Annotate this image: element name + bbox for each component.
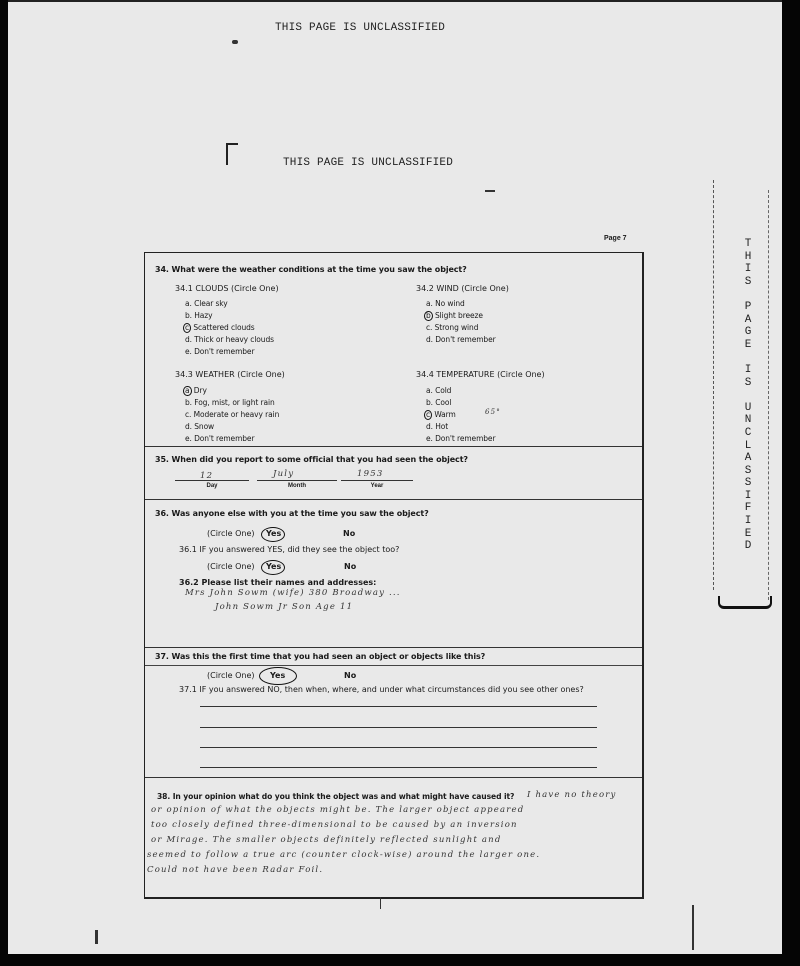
vertical-stamp-letter: L [738, 440, 758, 453]
answer-circle-yes [261, 560, 285, 575]
classification-stamp-secondary: THIS PAGE IS UNCLASSIFIED [283, 157, 453, 169]
page-number: Page 7 [604, 235, 627, 242]
question-36-text: 36. Was anyone else with you at the time… [155, 509, 429, 518]
question-36-1-circle-one: (Circle One) [207, 562, 255, 571]
scan-edge-right [782, 0, 800, 966]
question-36-1-no[interactable]: No [344, 562, 356, 571]
stamp-bracket-right [768, 190, 771, 600]
report-year-value[interactable]: 1953 [357, 469, 383, 479]
clouds-title: 34.1 CLOUDS (Circle One) [175, 284, 279, 293]
temperature-title: 34.4 TEMPERATURE (Circle One) [416, 370, 545, 379]
opinion-answer-line-4[interactable]: or Mirage. The smaller objects definitel… [151, 835, 501, 845]
vertical-stamp-letter: U [738, 402, 758, 415]
vertical-stamp-letter: S [738, 276, 758, 289]
vertical-stamp-letter: I [738, 263, 758, 276]
answer-line-2[interactable] [200, 727, 597, 728]
selection-circle: a [183, 386, 192, 396]
vertical-stamp-letter [738, 288, 758, 301]
answer-line-1[interactable] [200, 706, 597, 707]
vertical-stamp-letter: H [738, 251, 758, 264]
question-37-no[interactable]: No [344, 671, 356, 680]
scan-edge-bottom [0, 954, 800, 966]
scan-speck [485, 190, 495, 192]
scan-edge-left [0, 0, 8, 966]
weather-option-d[interactable]: d. Snow [185, 422, 214, 431]
report-day-line [175, 480, 249, 481]
scan-speck [232, 40, 238, 44]
vertical-stamp-letter: C [738, 427, 758, 440]
weather-option-a-selected[interactable]: a Dry [183, 386, 207, 396]
answer-line-4[interactable] [200, 767, 597, 768]
report-day-label: Day [175, 483, 249, 489]
report-month-label: Month [257, 483, 337, 489]
opinion-answer-line-1[interactable]: I have no theory [527, 790, 617, 800]
wind-option-d[interactable]: d. Don't remember [426, 335, 496, 344]
opinion-answer-line-2[interactable]: or opinion of what the objects might be.… [151, 805, 524, 815]
vertical-stamp-letter: D [738, 540, 758, 553]
vertical-stamp-letter [738, 389, 758, 402]
stamp-bracket-bottom [718, 596, 772, 609]
answer-circle-yes [259, 667, 297, 685]
vertical-stamp-letter: N [738, 414, 758, 427]
vertical-stamp-letter [738, 351, 758, 364]
question-37-circle-one: (Circle One) [207, 671, 255, 680]
wind-option-a[interactable]: a. No wind [426, 299, 465, 308]
clouds-option-c-selected[interactable]: c Scattered clouds [183, 323, 255, 333]
question-37: 37. Was this the first time that you had… [145, 648, 642, 776]
vertical-stamp-letter: P [738, 301, 758, 314]
question-36-2-text: 36.2 Please list their names and address… [179, 578, 376, 587]
temperature-option-a[interactable]: a. Cold [426, 386, 451, 395]
vertical-stamp-letter: S [738, 377, 758, 390]
question-36-1-text: 36.1 IF you answered YES, did they see t… [179, 545, 399, 554]
question-38: 38. In your opinion what do you think th… [145, 777, 642, 896]
question-36-no[interactable]: No [343, 529, 355, 538]
vertical-stamp-letter: I [738, 515, 758, 528]
companion-names-line-1[interactable]: Mrs John Sowm (wife) 380 Broadway ... [185, 588, 401, 598]
vertical-stamp-letter: S [738, 465, 758, 478]
scan-speck [692, 905, 694, 950]
wind-option-c[interactable]: c. Strong wind [426, 323, 478, 332]
clouds-option-b[interactable]: b. Hazy [185, 311, 212, 320]
question-34: 34. What were the weather conditions at … [145, 253, 642, 447]
vertical-stamp-letter: A [738, 452, 758, 465]
vertical-stamp-letter: E [738, 528, 758, 541]
vertical-stamp-letter: I [738, 490, 758, 503]
stamp-bracket-left [713, 180, 716, 590]
companion-names-line-2[interactable]: John Sowm Jr Son Age 11 [215, 602, 353, 612]
classification-stamp-vertical: THIS PAGE IS UNCLASSIFIED [738, 238, 758, 553]
temperature-option-c-selected[interactable]: c Warm [424, 410, 456, 420]
clouds-option-e[interactable]: e. Don't remember [185, 347, 254, 356]
temperature-option-b[interactable]: b. Cool [426, 398, 451, 407]
question-34-text: 34. What were the weather conditions at … [155, 265, 467, 274]
weather-option-c[interactable]: c. Moderate or heavy rain [185, 410, 279, 419]
vertical-stamp-letter: F [738, 502, 758, 515]
clouds-option-d[interactable]: d. Thick or heavy clouds [185, 335, 274, 344]
vertical-stamp-letter: T [738, 238, 758, 251]
weather-option-e[interactable]: e. Don't remember [185, 434, 254, 443]
weather-title: 34.3 WEATHER (Circle One) [175, 370, 285, 379]
selection-circle: c [183, 323, 191, 333]
scan-speck [95, 930, 98, 944]
answer-circle-yes [261, 527, 285, 542]
question-35-text: 35. When did you report to some official… [155, 455, 468, 464]
clouds-option-a[interactable]: a. Clear sky [185, 299, 228, 308]
report-year-line [341, 480, 413, 481]
question-37-divider [145, 665, 642, 666]
vertical-stamp-letter: I [738, 364, 758, 377]
classification-stamp-top: THIS PAGE IS UNCLASSIFIED [275, 22, 445, 34]
report-month-value[interactable]: July [273, 469, 294, 479]
vertical-stamp-letter: S [738, 477, 758, 490]
wind-option-b-selected[interactable]: b Slight breeze [424, 311, 483, 321]
question-36: 36. Was anyone else with you at the time… [145, 500, 642, 648]
question-38-text: 38. In your opinion what do you think th… [157, 792, 514, 801]
question-35: 35. When did you report to some official… [145, 447, 642, 500]
opinion-answer-line-3[interactable]: too closely defined three-dimensional to… [151, 820, 518, 830]
selection-circle: c [424, 410, 432, 420]
weather-option-b[interactable]: b. Fog, mist, or light rain [185, 398, 275, 407]
temperature-handwritten-note: 65° [485, 408, 501, 416]
selection-circle: b [424, 311, 433, 321]
vertical-stamp-letter: A [738, 314, 758, 327]
report-year-label: Year [341, 483, 413, 489]
vertical-stamp-letter: E [738, 339, 758, 352]
wind-title: 34.2 WIND (Circle One) [416, 284, 509, 293]
opinion-answer-line-5[interactable]: seemed to follow a true arc (counter clo… [147, 850, 540, 860]
answer-line-3[interactable] [200, 747, 597, 748]
scan-edge-top [0, 0, 800, 2]
temperature-option-d[interactable]: d. Hot [426, 422, 448, 431]
scan-speck [380, 897, 381, 909]
opinion-answer-line-6[interactable]: Could not have been Radar Foil. [147, 865, 323, 875]
questionnaire-form: 34. What were the weather conditions at … [144, 252, 644, 899]
question-36-circle-one: (Circle One) [207, 529, 255, 538]
temperature-option-e[interactable]: e. Don't remember [426, 434, 495, 443]
corner-mark [226, 143, 238, 165]
question-37-1-text: 37.1 IF you answered NO, then when, wher… [179, 685, 584, 694]
question-37-text: 37. Was this the first time that you had… [155, 652, 485, 661]
report-month-line [257, 480, 337, 481]
vertical-stamp-letter: G [738, 326, 758, 339]
